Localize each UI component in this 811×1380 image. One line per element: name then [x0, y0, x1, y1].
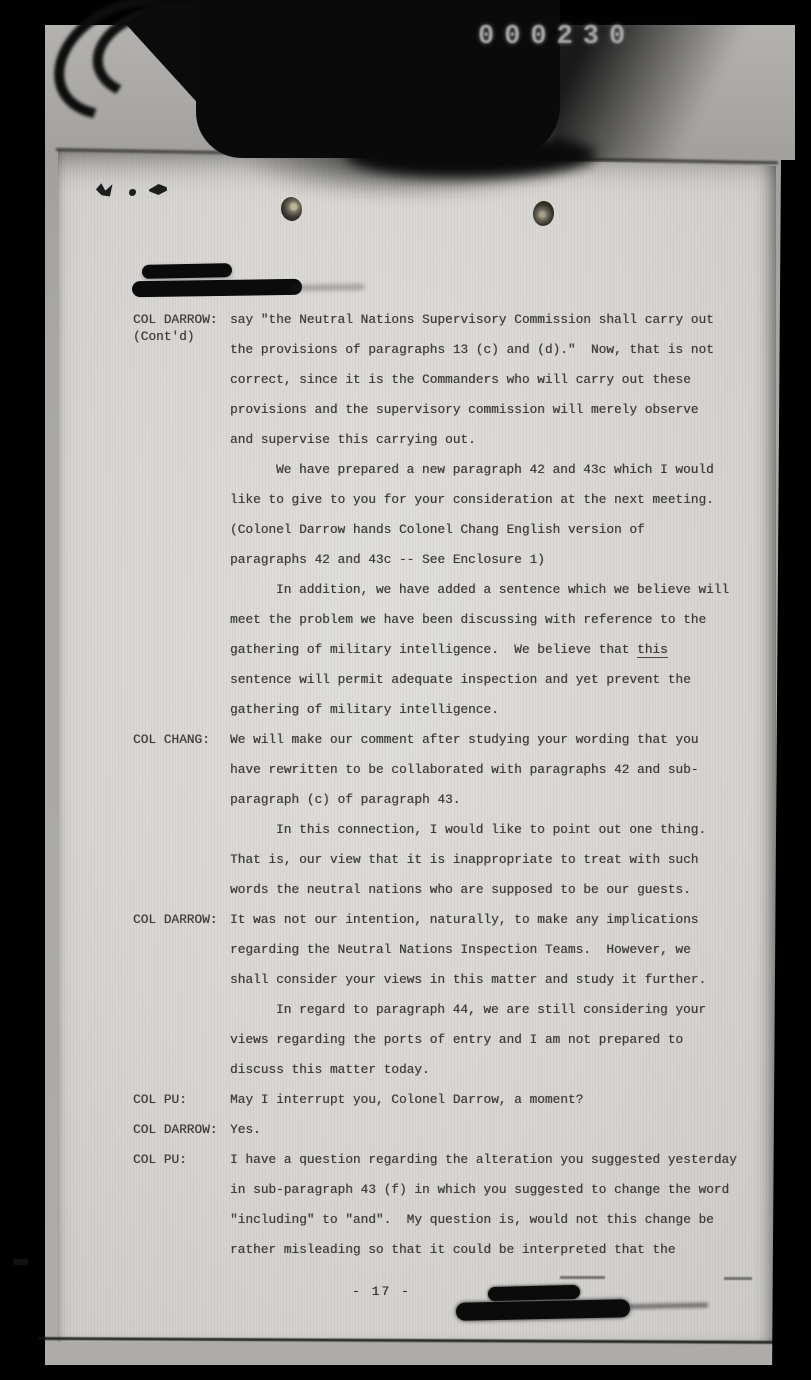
redaction-bar — [456, 1299, 630, 1321]
line-text: in sub-paragraph 43 (f) in which you sug… — [230, 1182, 729, 1197]
speaker-label: COL CHANG: — [133, 725, 230, 755]
transcript-line: and supervise this carrying out. — [230, 425, 758, 455]
transcript-line: sentence will permit adequate inspection… — [230, 665, 758, 695]
transcript-line: like to give to you for your considerati… — [230, 485, 758, 515]
speaker-label — [133, 515, 230, 545]
transcript-line: meet the problem we have been discussing… — [230, 605, 758, 635]
line-text: shall consider your views in this matter… — [230, 972, 706, 987]
speaker-label — [133, 935, 230, 965]
speaker-label — [133, 695, 230, 725]
line-text: paragraphs 42 and 43c -- See Enclosure 1… — [230, 552, 545, 567]
transcript: COL DARROW:(Cont'd) say "the Neutral Nat… — [133, 305, 758, 1265]
transcript-row: gathering of military intelligence. We b… — [133, 635, 758, 665]
transcript-line: May I interrupt you, Colonel Darrow, a m… — [230, 1085, 758, 1115]
transcript-row: (Colonel Darrow hands Colonel Chang Engl… — [133, 515, 758, 545]
speaker-label — [133, 425, 230, 455]
line-text: words the neutral nations who are suppos… — [230, 882, 691, 897]
transcript-row: In this connection, I would like to poin… — [133, 815, 758, 845]
speaker-label: COL DARROW:(Cont'd) — [133, 305, 230, 335]
speaker-label — [133, 575, 230, 605]
transcript-line: paragraphs 42 and 43c -- See Enclosure 1… — [230, 545, 758, 575]
transcript-line: We have prepared a new paragraph 42 and … — [230, 455, 758, 485]
speaker-label — [133, 455, 230, 485]
line-text: (Colonel Darrow hands Colonel Chang Engl… — [230, 522, 645, 537]
speaker-name: COL DARROW: — [133, 1122, 217, 1137]
speaker-label: COL DARROW: — [133, 905, 230, 935]
transcript-line: the provisions of paragraphs 13 (c) and … — [230, 335, 758, 365]
transcript-row: have rewritten to be collaborated with p… — [133, 755, 758, 785]
transcript-row: COL DARROW: Yes. — [133, 1115, 758, 1145]
speaker-label — [133, 635, 230, 665]
speaker-label — [133, 815, 230, 845]
line-text: "including" to "and". My question is, wo… — [230, 1212, 714, 1227]
line-text: meet the problem we have been discussing… — [230, 612, 706, 627]
line-text: gathering of military intelligence. — [230, 702, 499, 717]
transcript-line: have rewritten to be collaborated with p… — [230, 755, 758, 785]
transcript-row: In addition, we have added a sentence wh… — [133, 575, 758, 605]
line-text: gathering of military intelligence. We b… — [230, 642, 637, 657]
speaker-label — [133, 605, 230, 635]
transcript-row: provisions and the supervisory commissio… — [133, 395, 758, 425]
transcript-line: discuss this matter today. — [230, 1055, 758, 1085]
transcript-row: COL PU: May I interrupt you, Colonel Dar… — [133, 1085, 758, 1115]
speaker-label — [133, 1055, 230, 1085]
speaker-label — [133, 1175, 230, 1205]
transcript-line: words the neutral nations who are suppos… — [230, 875, 758, 905]
transcript-line: gathering of military intelligence. — [230, 695, 758, 725]
line-text: views regarding the ports of entry and I… — [230, 1032, 683, 1047]
transcript-row: like to give to you for your considerati… — [133, 485, 758, 515]
speaker-label — [133, 965, 230, 995]
line-text: I have a question regarding the alterati… — [230, 1152, 737, 1167]
transcript-row: paragraphs 42 and 43c -- See Enclosure 1… — [133, 545, 758, 575]
line-text: Yes. — [230, 1122, 261, 1137]
transcript-row: gathering of military intelligence. — [133, 695, 758, 725]
transcript-row: correct, since it is the Commanders who … — [133, 365, 758, 395]
smudge-mark — [560, 1276, 605, 1279]
speaker-label — [133, 1025, 230, 1055]
transcript-row: COL PU: I have a question regarding the … — [133, 1145, 758, 1175]
speaker-name: COL CHANG: — [133, 732, 210, 747]
transcript-row: rather misleading so that it could be in… — [133, 1235, 758, 1265]
line-text: have rewritten to be collaborated with p… — [230, 762, 698, 777]
transcript-line: say "the Neutral Nations Supervisory Com… — [230, 305, 758, 335]
transcript-row: "including" to "and". My question is, wo… — [133, 1205, 758, 1235]
line-text: paragraph (c) of paragraph 43. — [230, 792, 460, 807]
line-text: We have prepared a new paragraph 42 and … — [276, 462, 714, 477]
speaker-label — [133, 335, 230, 365]
transcript-row: In regard to paragraph 44, we are still … — [133, 995, 758, 1025]
line-text: say "the Neutral Nations Supervisory Com… — [230, 312, 714, 327]
transcript-row: sentence will permit adequate inspection… — [133, 665, 758, 695]
transcript-row: That is, our view that it is inappropria… — [133, 845, 758, 875]
line-text: discuss this matter today. — [230, 1062, 430, 1077]
redaction-bar — [488, 1285, 580, 1301]
speaker-label — [133, 845, 230, 875]
speaker-label: COL PU: — [133, 1085, 230, 1115]
transcript-line: (Colonel Darrow hands Colonel Chang Engl… — [230, 515, 758, 545]
speaker-label: COL DARROW: — [133, 1115, 230, 1145]
speaker-label — [133, 785, 230, 815]
transcript-line: In addition, we have added a sentence wh… — [230, 575, 758, 605]
speaker-label — [133, 485, 230, 515]
transcript-line: We will make our comment after studying … — [230, 725, 758, 755]
transcript-row: shall consider your views in this matter… — [133, 965, 758, 995]
line-text: It was not our intention, naturally, to … — [230, 912, 698, 927]
transcript-line: provisions and the supervisory commissio… — [230, 395, 758, 425]
redaction-bar — [132, 279, 302, 297]
transcript-row: COL DARROW: It was not our intention, na… — [133, 905, 758, 935]
smudge-mark — [724, 1277, 752, 1280]
line-text: sentence will permit adequate inspection… — [230, 672, 691, 687]
line-text: provisions and the supervisory commissio… — [230, 402, 698, 417]
transcript-line: in sub-paragraph 43 (f) in which you sug… — [230, 1175, 758, 1205]
transcript-row: We have prepared a new paragraph 42 and … — [133, 455, 758, 485]
transcript-row: meet the problem we have been discussing… — [133, 605, 758, 635]
transcript-line: gathering of military intelligence. We b… — [230, 635, 758, 665]
transcript-line: regarding the Neutral Nations Inspection… — [230, 935, 758, 965]
speaker-label — [133, 995, 230, 1025]
transcript-line: views regarding the ports of entry and I… — [230, 1025, 758, 1055]
transcript-row: the provisions of paragraphs 13 (c) and … — [133, 335, 758, 365]
transcript-line: In this connection, I would like to poin… — [230, 815, 758, 845]
transcript-row: regarding the Neutral Nations Inspection… — [133, 935, 758, 965]
transcript-line: In regard to paragraph 44, we are still … — [230, 995, 758, 1025]
transcript-row: discuss this matter today. — [133, 1055, 758, 1085]
transcript-line: correct, since it is the Commanders who … — [230, 365, 758, 395]
line-text: rather misleading so that it could be in… — [230, 1242, 675, 1257]
speaker-name: COL PU: — [133, 1152, 187, 1167]
transcript-row: paragraph (c) of paragraph 43. — [133, 785, 758, 815]
transcript-row: in sub-paragraph 43 (f) in which you sug… — [133, 1175, 758, 1205]
transcript-line: That is, our view that it is inappropria… — [230, 845, 758, 875]
speaker-label — [133, 875, 230, 905]
frame-counter-display: 000230 — [478, 22, 678, 62]
speaker-name: COL PU: — [133, 1092, 187, 1107]
line-text: We will make our comment after studying … — [230, 732, 698, 747]
page-number: - 17 - — [352, 1277, 411, 1307]
transcript-row: views regarding the ports of entry and I… — [133, 1025, 758, 1055]
speaker-label — [133, 365, 230, 395]
speaker-label — [133, 755, 230, 785]
line-text: In addition, we have added a sentence wh… — [276, 582, 729, 597]
line-text: In regard to paragraph 44, we are still … — [276, 1002, 706, 1017]
speaker-label — [133, 1205, 230, 1235]
line-text: regarding the Neutral Nations Inspection… — [230, 942, 691, 957]
line-text: correct, since it is the Commanders who … — [230, 372, 691, 387]
line-text: and supervise this carrying out. — [230, 432, 476, 447]
transcript-row: COL CHANG: We will make our comment afte… — [133, 725, 758, 755]
transcript-line: I have a question regarding the alterati… — [230, 1145, 758, 1175]
line-text: like to give to you for your considerati… — [230, 492, 714, 507]
line-text: May I interrupt you, Colonel Darrow, a m… — [230, 1092, 583, 1107]
transcript-row: words the neutral nations who are suppos… — [133, 875, 758, 905]
transcript-row: COL DARROW:(Cont'd) say "the Neutral Nat… — [133, 305, 758, 335]
line-text: That is, our view that it is inappropria… — [230, 852, 698, 867]
line-text: In this connection, I would like to poin… — [276, 822, 706, 837]
film-speck — [13, 1259, 28, 1265]
speaker-label — [133, 395, 230, 425]
transcript-line: shall consider your views in this matter… — [230, 965, 758, 995]
speaker-label: COL PU: — [133, 1145, 230, 1175]
redaction-bar — [142, 263, 232, 279]
transcript-line: rather misleading so that it could be in… — [230, 1235, 758, 1265]
transcript-line: "including" to "and". My question is, wo… — [230, 1205, 758, 1235]
speaker-name: COL DARROW: — [133, 912, 217, 927]
line-text: the provisions of paragraphs 13 (c) and … — [230, 342, 714, 357]
speaker-label — [133, 1235, 230, 1265]
transcript-line: Yes. — [230, 1115, 758, 1145]
speaker-label — [133, 545, 230, 575]
transcript-line: It was not our intention, naturally, to … — [230, 905, 758, 935]
frame-counter-device: 000230 — [196, 0, 560, 158]
speaker-label — [133, 665, 230, 695]
transcript-line: paragraph (c) of paragraph 43. — [230, 785, 758, 815]
line-underlined-text: this — [637, 642, 668, 658]
transcript-row: and supervise this carrying out. — [133, 425, 758, 455]
